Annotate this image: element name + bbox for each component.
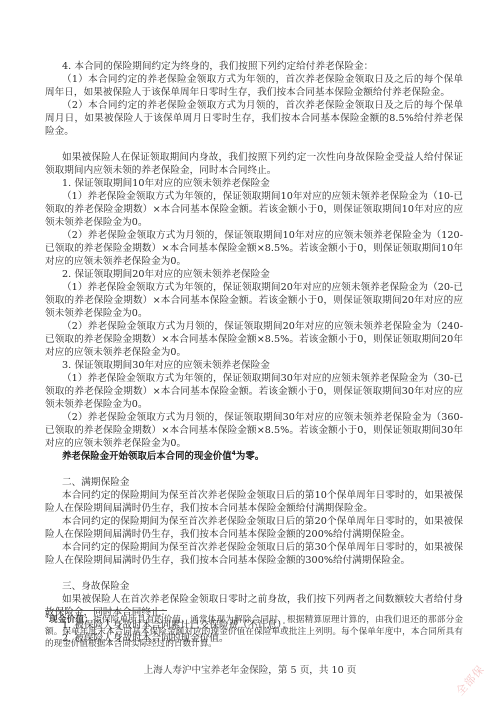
- section-4-item-1: （1）本合同约定的养老保险金领取方式为年领的，首次养老保险金领取日及之后的每个保…: [45, 73, 463, 99]
- page-footer: 上海人寿沪中宝养老年金保险，第 5 页，共 10 页: [0, 662, 500, 676]
- cash-value-note: 养老保险金开始领取后本合同的现金价值4为零。: [45, 450, 463, 463]
- guarantee-group-title: 2. 保证领取期间20年对应的应领未领养老保险金: [45, 268, 463, 281]
- section-4-heading: 4. 本合同的保险期间约定为终身的，我们按照下列约定给付养老保险金：: [45, 60, 463, 73]
- footnote-divider: [45, 610, 167, 611]
- guarantee-group-title: 3. 保证领取期间30年对应的应领未领养老保险金: [45, 359, 463, 372]
- guarantee-annual: （1）养老保险金领取方式为年领的，保证领取期间10年对应的应领未领养老保险金为（…: [45, 190, 463, 229]
- footnote: 4现金价值：指保险单所具有的价值，通常体现为解除合同时，根据精算原理计算的，由我…: [45, 614, 463, 650]
- guarantee-monthly: （2）养老保险金领取方式为月领的，保证领取期间20年对应的应领未领养老保险金为（…: [45, 320, 463, 359]
- guarantee-monthly: （2）养老保险金领取方式为月领的，保证领取期间10年对应的应领未领养老保险金为（…: [45, 229, 463, 268]
- section-4-item-2: （2）本合同约定的养老保险金领取方式为月领的，首次养老保险金领取日及之后的每个保…: [45, 99, 463, 138]
- guarantee-intro: 如果被保险人在保证领取期间内身故，我们按照下列约定一次性向身故保险金受益人给付保…: [45, 151, 463, 177]
- maturity-paragraph: 本合同约定的保险期间为保至首次养老保险金领取日后的第10个保单周年日零时的，如果…: [45, 489, 463, 515]
- guarantee-monthly: （2）养老保险金领取方式为月领的，保证领取期间30年对应的应领未领养老保险金为（…: [45, 411, 463, 450]
- guarantee-annual: （1）养老保险金领取方式为年领的，保证领取期间30年对应的应领未领养老保险金为（…: [45, 372, 463, 411]
- cash-value-note-end: 为零。: [236, 451, 264, 462]
- cash-value-note-text: 养老保险金开始领取后本合同的现金价值: [62, 451, 232, 462]
- maturity-paragraph: 本合同约定的保险期间为保至首次养老保险金领取日后的第30个保单周年日零时的，如果…: [45, 541, 463, 567]
- guarantee-annual: （1）养老保险金领取方式为年领的，保证领取期间20年对应的应领未领养老保险金为（…: [45, 281, 463, 320]
- guarantee-group-title: 1. 保证领取期间10年对应的应领未领养老保险金: [45, 177, 463, 190]
- maturity-paragraph: 本合同约定的保险期间为保至首次养老保险金领取日后的第20个保单周年日零时的，如果…: [45, 515, 463, 541]
- document-page: 4. 本合同的保险期间约定为终身的，我们按照下列约定给付养老保险金： （1）本合…: [45, 0, 463, 645]
- footnote-term: 现金价值：: [49, 615, 93, 625]
- footnote-text: 指保险单所具有的价值，通常体现为解除合同时，根据精算原理计算的，由我们退还的那部…: [45, 615, 463, 649]
- death-heading: 三、身故保险金: [45, 580, 463, 593]
- maturity-heading: 二、满期保险金: [45, 476, 463, 489]
